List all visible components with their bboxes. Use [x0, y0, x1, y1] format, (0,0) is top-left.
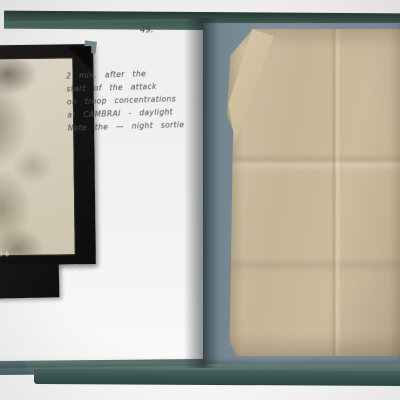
album-left-page: 49. 08 2 min. after the start of the att… [0, 19, 208, 369]
photo-caption-stamp: 08 [0, 251, 11, 258]
album-right-page [203, 23, 400, 364]
aerial-photograph [0, 57, 76, 256]
handwriting-line: Note the — night sortie [67, 118, 199, 135]
page-number: 49. [140, 25, 154, 35]
second-mount-edge [0, 263, 59, 298]
photographed-album-scene: 49. 08 2 min. after the start of the att… [0, 0, 400, 400]
album-back-cover-edge [34, 369, 400, 386]
handwritten-caption: 2 min. after the start of the attack on … [66, 66, 200, 135]
